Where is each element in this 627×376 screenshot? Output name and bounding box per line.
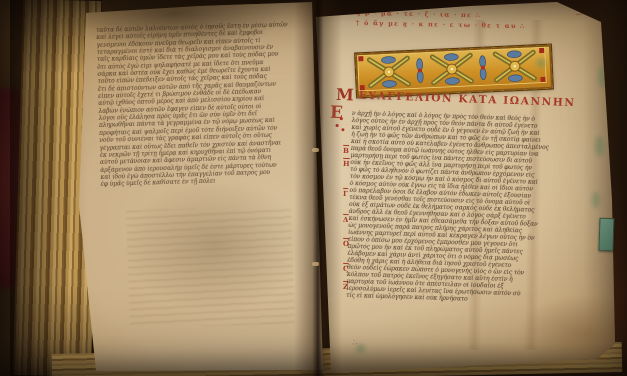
margin-letter: Γ	[343, 189, 348, 198]
decorated-initial: Ε	[330, 103, 344, 123]
green-stain	[356, 344, 365, 353]
green-stain	[598, 66, 608, 88]
green-stain	[536, 58, 546, 68]
binding-stitch	[312, 262, 319, 266]
red-rubric: ϗ ρ · μα · τε · ζ · ια · πε ∴ † ὁ ἅγ με …	[356, 9, 566, 32]
left-page-text: ταῦτα δὲ αὐτῶν λαλούντων αὐτὸς ὁ ἰησοῦς …	[96, 21, 301, 188]
ink-showthrough	[126, 205, 295, 329]
binding-stitch	[312, 148, 319, 152]
green-stain	[592, 192, 600, 208]
title-text: ΕΥΑΓΓΕΛΙΟΝ ΚΑΤΑ ΙΩΑΝΝΗΝ	[359, 90, 576, 110]
initial-ornament-dot	[336, 124, 339, 127]
green-stain	[595, 136, 604, 156]
bookmark-tab	[598, 218, 614, 252]
margin-letter: Η	[343, 159, 350, 168]
manuscript-photo: ταῦτα δὲ αὐτῶν λαλούντων αὐτὸς ὁ ἰησοῦς …	[0, 0, 627, 376]
folio-number: 106	[574, 1, 593, 16]
right-page-text: ν ἀρχῇ ἦν ὁ λόγος καὶ ὁ λόγος ἦν πρὸς τὸ…	[346, 110, 595, 307]
margin-letter: Β	[343, 146, 349, 155]
